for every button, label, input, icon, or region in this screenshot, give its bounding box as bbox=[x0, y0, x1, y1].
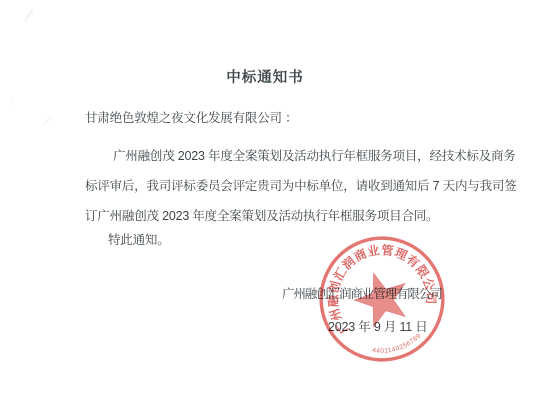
body-paragraph-line: 广州融创茂 2023 年度全案策划及活动执行年框服务项目，经技术标及商务 bbox=[113, 146, 516, 164]
body-paragraph-line: 标评审后，我司评标委员会评定贵司为中标单位，请收到通知后 7 天内与我司签 bbox=[85, 176, 517, 194]
body-paragraph-line: 订广州融创茂 2023 年度全案策划及活动执行年框服务项目合同。 bbox=[85, 206, 438, 224]
notice-document-page: 中标通知书 甘肃绝色敦煌之夜文化发展有限公司 ： 广州融创茂 2023 年度全案… bbox=[0, 0, 554, 408]
document-title: 中标通知书 bbox=[0, 66, 530, 87]
seal-serial-number: 4401140256789 bbox=[370, 331, 425, 360]
closing-line: 特此通知。 bbox=[108, 230, 170, 248]
signature-company-name: 广州融创汇润商业管理有限公司 bbox=[282, 284, 442, 302]
svg-text:4401140256789: 4401140256789 bbox=[370, 331, 425, 360]
scan-artifact bbox=[11, 96, 14, 108]
signature-date: 2023 年 9 月 11 日 bbox=[328, 317, 428, 335]
scan-artifact bbox=[43, 117, 51, 126]
scan-artifact bbox=[24, 9, 33, 21]
salutation-line: 甘肃绝色敦煌之夜文化发展有限公司 ： bbox=[85, 110, 297, 126]
